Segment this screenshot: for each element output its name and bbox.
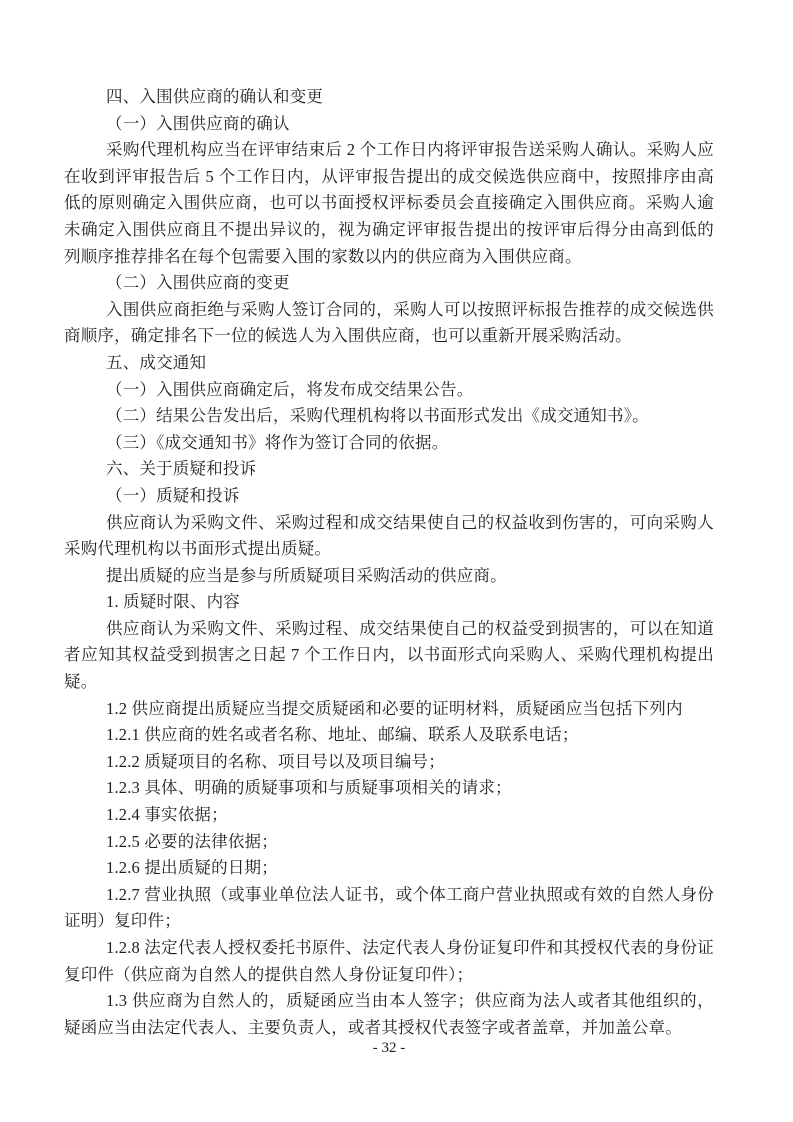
document-page: 四、入围供应商的确认和变更（一）入围供应商的确认采购代理机构应当在评审结束后 2… xyxy=(0,0,793,1122)
paragraph: （一）入围供应商确定后，将发布成交结果公告。 xyxy=(64,377,714,404)
text-line: 四、入围供应商的确认和变更 xyxy=(64,84,714,111)
text-line: 1.2 供应商提出质疑应当提交质疑函和必要的证明材料，质疑函应当包括下列内容： xyxy=(64,696,714,723)
paragraph: 1.2.7 营业执照（或事业单位法人证书，或个体工商户营业执照或有效的自然人身份… xyxy=(64,882,714,935)
paragraph: 供应商认为采购文件、采购过程和成交结果使自己的权益收到伤害的，可向采购人或采购代… xyxy=(64,510,714,563)
text-line: 列顺序推荐排名在每个包需要入围的家数以内的供应商为入围供应商。 xyxy=(64,244,714,271)
text-line: 1.2.4 事实依据； xyxy=(64,802,714,829)
text-line: （一）入围供应商的确认 xyxy=(64,111,714,138)
paragraph: 1. 质疑时限、内容 xyxy=(64,589,714,616)
text-line: 1.2.3 具体、明确的质疑事项和与质疑事项相关的请求； xyxy=(64,775,714,802)
paragraph: 1.2.8 法定代表人授权委托书原件、法定代表人身份证复印件和其授权代表的身份证… xyxy=(64,935,714,988)
section-heading: 五、成交通知 xyxy=(64,350,714,377)
paragraph: 1.2 供应商提出质疑应当提交质疑函和必要的证明材料，质疑函应当包括下列内容： xyxy=(64,696,714,723)
paragraph: 采购代理机构应当在评审结束后 2 个工作日内将评审报告送采购人确认。采购人应当在… xyxy=(64,137,714,270)
section-subheading: （一）质疑和投诉 xyxy=(64,483,714,510)
paragraph: 1.2.6 提出质疑的日期； xyxy=(64,855,714,882)
text-line: 商顺序，确定排名下一位的候选人为入围供应商，也可以重新开展采购活动。 xyxy=(64,323,714,350)
text-line: 1.2.5 必要的法律依据； xyxy=(64,829,714,856)
paragraph: 供应商认为采购文件、采购过程、成交结果使自己的权益受到损害的，可以在知道或者应知… xyxy=(64,616,714,696)
section-heading: 四、入围供应商的确认和变更 xyxy=(64,84,714,111)
section-subheading: （二）入围供应商的变更 xyxy=(64,270,714,297)
text-line: （二）结果公告发出后，采购代理机构将以书面形式发出《成交通知书》。 xyxy=(64,403,714,430)
paragraph: 1.2.4 事实依据； xyxy=(64,802,714,829)
text-line: 采购代理机构应当在评审结束后 2 个工作日内将评审报告送采购人确认。采购人应当 xyxy=(64,137,714,164)
text-line: （一）入围供应商确定后，将发布成交结果公告。 xyxy=(64,377,714,404)
text-line: 疑。 xyxy=(64,669,714,696)
text-line: 复印件（供应商为自然人的提供自然人身份证复印件）； xyxy=(64,962,714,989)
paragraph: （二）结果公告发出后，采购代理机构将以书面形式发出《成交通知书》。 xyxy=(64,403,714,430)
text-line: 供应商认为采购文件、采购过程、成交结果使自己的权益受到损害的，可以在知道或 xyxy=(64,616,714,643)
text-line: 者应知其权益受到损害之日起 7 个工作日内，以书面形式向采购人、采购代理机构提出… xyxy=(64,642,714,669)
paragraph: 1.2.3 具体、明确的质疑事项和与质疑事项相关的请求； xyxy=(64,775,714,802)
paragraph: 提出质疑的应当是参与所质疑项目采购活动的供应商。 xyxy=(64,563,714,590)
section-heading: 六、关于质疑和投诉 xyxy=(64,456,714,483)
text-line: 1. 质疑时限、内容 xyxy=(64,589,714,616)
paragraph: 1.2.5 必要的法律依据； xyxy=(64,829,714,856)
text-line: 1.2.6 提出质疑的日期； xyxy=(64,855,714,882)
text-line: 未确定入围供应商且不提出异议的，视为确定评审报告提出的按评审后得分由高到低的排 xyxy=(64,217,714,244)
text-line: 五、成交通知 xyxy=(64,350,714,377)
text-line: 提出质疑的应当是参与所质疑项目采购活动的供应商。 xyxy=(64,563,714,590)
paragraph: 1.2.2 质疑项目的名称、项目号以及项目编号； xyxy=(64,749,714,776)
text-line: 采购代理机构以书面形式提出质疑。 xyxy=(64,536,714,563)
page-number: - 32 - xyxy=(64,1037,714,1059)
text-line: 1.2.1 供应商的姓名或者名称、地址、邮编、联系人及联系电话； xyxy=(64,722,714,749)
text-line: （三）《成交通知书》将作为签订合同的依据。 xyxy=(64,430,714,457)
text-line: （一）质疑和投诉 xyxy=(64,483,714,510)
text-line: 六、关于质疑和投诉 xyxy=(64,456,714,483)
paragraph: 1.3 供应商为自然人的，质疑函应当由本人签字；供应商为法人或者其他组织的，质疑… xyxy=(64,988,714,1041)
text-line: （二）入围供应商的变更 xyxy=(64,270,714,297)
paragraph: （三）《成交通知书》将作为签订合同的依据。 xyxy=(64,430,714,457)
text-line: 低的原则确定入围供应商，也可以书面授权评标委员会直接确定入围供应商。采购人逾期 xyxy=(64,190,714,217)
text-line: 供应商认为采购文件、采购过程和成交结果使自己的权益收到伤害的，可向采购人或 xyxy=(64,510,714,537)
text-line: 1.2.2 质疑项目的名称、项目号以及项目编号； xyxy=(64,749,714,776)
text-line: 1.2.7 营业执照（或事业单位法人证书，或个体工商户营业执照或有效的自然人身份 xyxy=(64,882,714,909)
text-line: 1.2.8 法定代表人授权委托书原件、法定代表人身份证复印件和其授权代表的身份证 xyxy=(64,935,714,962)
paragraph: 1.2.1 供应商的姓名或者名称、地址、邮编、联系人及联系电话； xyxy=(64,722,714,749)
text-line: 入围供应商拒绝与采购人签订合同的，采购人可以按照评标报告推荐的成交候选供应 xyxy=(64,297,714,324)
text-line: 在收到评审报告后 5 个工作日内，从评审报告提出的成交候选供应商中，按照排序由高… xyxy=(64,164,714,191)
text-line: 证明）复印件； xyxy=(64,908,714,935)
text-line: 1.3 供应商为自然人的，质疑函应当由本人签字；供应商为法人或者其他组织的，质 xyxy=(64,988,714,1015)
section-subheading: （一）入围供应商的确认 xyxy=(64,111,714,138)
paragraph: 入围供应商拒绝与采购人签订合同的，采购人可以按照评标报告推荐的成交候选供应商顺序… xyxy=(64,297,714,350)
document-text-block: 四、入围供应商的确认和变更（一）入围供应商的确认采购代理机构应当在评审结束后 2… xyxy=(64,84,714,1041)
